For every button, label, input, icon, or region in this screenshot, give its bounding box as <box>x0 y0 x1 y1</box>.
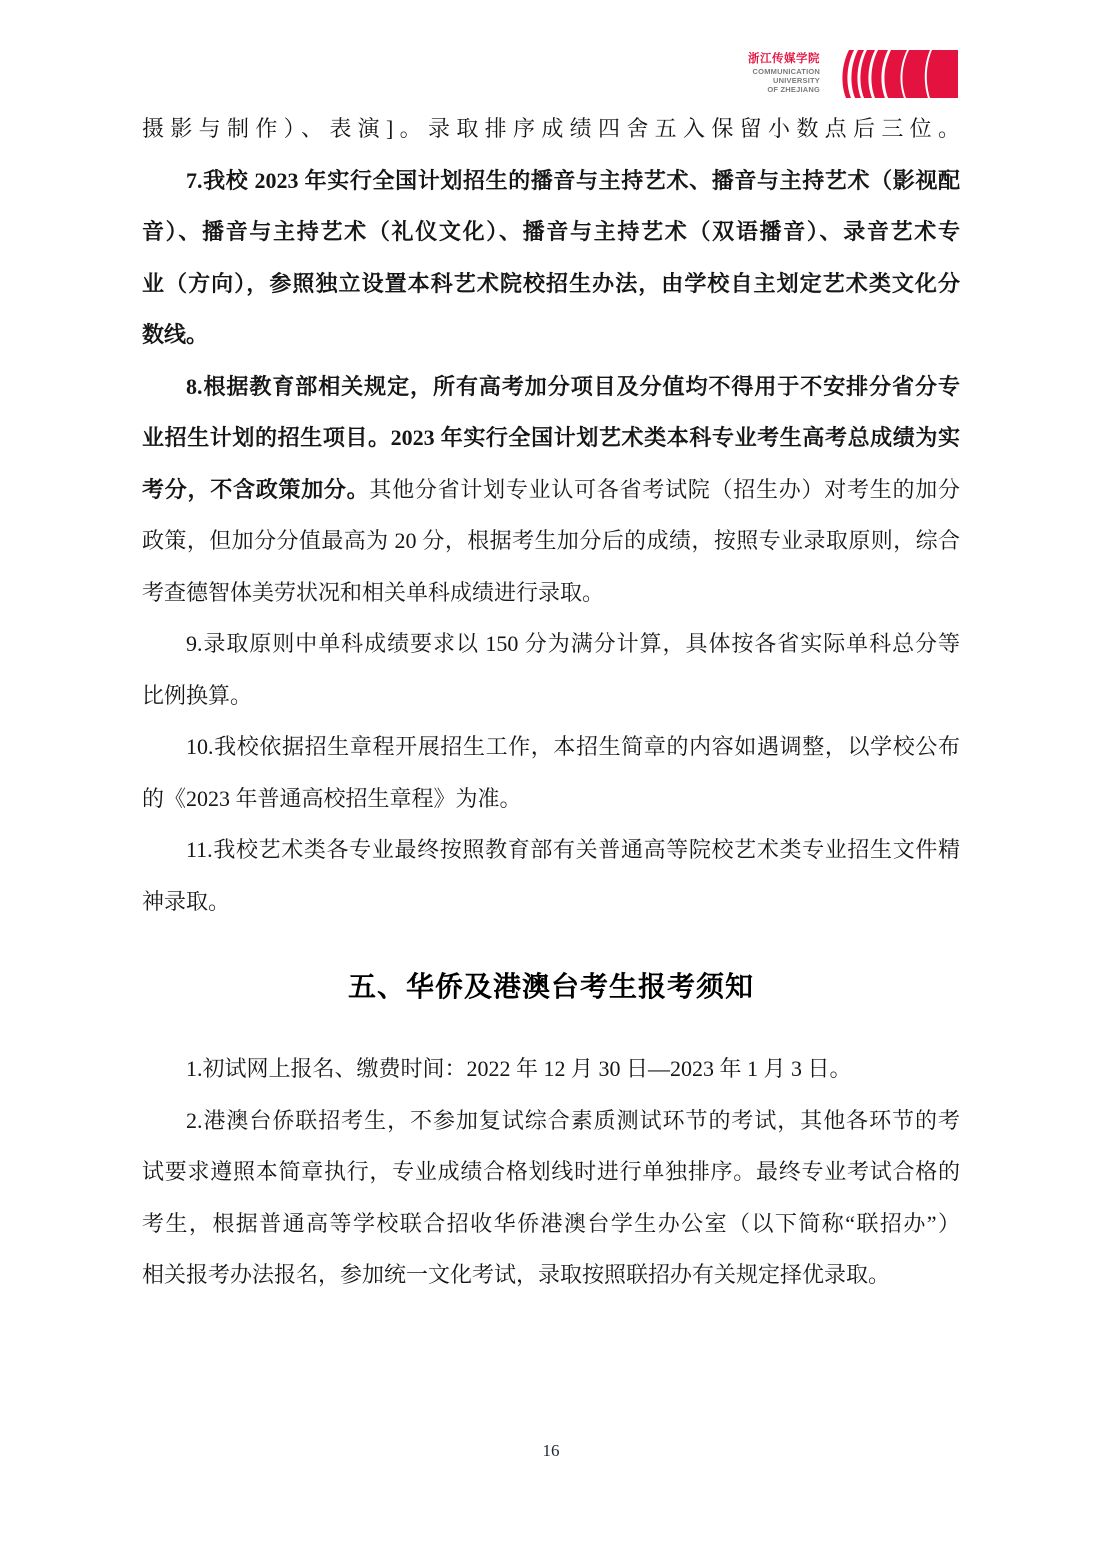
text-line: 摄影与制作）、表演]。录取排序成绩四舍五入保留小数点后三位。 <box>142 103 960 155</box>
text-line: 7.我校 2023 年实行全国计划招生的播音与主持艺术、播音与主持艺术（影视配 <box>142 155 960 207</box>
logo-wordmark: 浙江传媒学院 COMMUNICATION UNIVERSITY OF ZHEJI… <box>752 50 820 94</box>
page-number: 16 <box>0 1441 1102 1461</box>
logo-english-line1: COMMUNICATION <box>753 67 820 76</box>
logo-chinese-name: 浙江传媒学院 <box>748 52 820 66</box>
text-line: 考分，不含政策加分。其他分省计划专业认可各省考试院（招生办）对考生的加分 <box>142 464 960 516</box>
text-line: 8.根据教育部相关规定，所有高考加分项目及分值均不得用于不安排分省分专 <box>142 361 960 413</box>
text-line: 神录取。 <box>142 876 960 928</box>
text-line: 音）、播音与主持艺术（礼仪文化）、播音与主持艺术（双语播音）、录音艺术专 <box>142 206 960 258</box>
text-line: 9.录取原则中单科成绩要求以 150 分为满分计算，具体按各省实际单科总分等 <box>142 618 960 670</box>
text-line: 业招生计划的招生项目。2023 年实行全国计划艺术类本科专业考生高考总成绩为实 <box>142 412 960 464</box>
logo-english-line3: OF ZHEJIANG <box>753 85 820 94</box>
text-line: 11.我校艺术类各专业最终按照教育部有关普通高等院校艺术类专业招生文件精 <box>142 824 960 876</box>
text-run-bold: 考分，不含政策加分。 <box>142 477 369 502</box>
text-line: 业（方向），参照独立设置本科艺术院校招生办法，由学校自主划定艺术类文化分 <box>142 258 960 310</box>
document-page: { "theme": { "brand_red": "#E4123F", "lo… <box>0 0 1102 1559</box>
text-line: 的《2023 年普通高校招生章程》为准。 <box>142 773 960 825</box>
section-heading: 五、华侨及港澳台考生报考须知 <box>142 927 960 1043</box>
university-logo: 浙江传媒学院 COMMUNICATION UNIVERSITY OF ZHEJI… <box>752 50 958 102</box>
logo-english-name: COMMUNICATION UNIVERSITY OF ZHEJIANG <box>753 67 820 94</box>
text-line: 2.港澳台侨联招考生，不参加复试综合素质测试环节的考试，其他各环节的考 <box>142 1095 960 1147</box>
text-run-regular: 其他分省计划专业认可各省考试院（招生办）对考生的加分 <box>369 477 960 502</box>
text-line: 相关报考办法报名，参加统一文化考试，录取按照联招办有关规定择优录取。 <box>142 1249 960 1301</box>
text-line: 试要求遵照本简章执行，专业成绩合格划线时进行单独排序。最终专业考试合格的 <box>142 1146 960 1198</box>
text-line: 考生，根据普通高等学校联合招收华侨港澳台学生办公室（以下简称“联招办”） <box>142 1198 960 1250</box>
logo-stripes-icon <box>828 50 958 98</box>
text-line: 政策，但加分分值最高为 20 分，根据考生加分后的成绩，按照专业录取原则，综合 <box>142 515 960 567</box>
text-line: 10.我校依据招生章程开展招生工作，本招生简章的内容如遇调整，以学校公布 <box>142 721 960 773</box>
document-body: 摄影与制作）、表演]。录取排序成绩四舍五入保留小数点后三位。 7.我校 2023… <box>142 103 960 1301</box>
text-line: 1.初试网上报名、缴费时间：2022 年 12 月 30 日—2023 年 1 … <box>142 1043 960 1095</box>
text-line: 数线。 <box>142 309 960 361</box>
text-line: 考查德智体美劳状况和相关单科成绩进行录取。 <box>142 567 960 619</box>
text-line: 比例换算。 <box>142 670 960 722</box>
logo-english-line2: UNIVERSITY <box>753 76 820 85</box>
